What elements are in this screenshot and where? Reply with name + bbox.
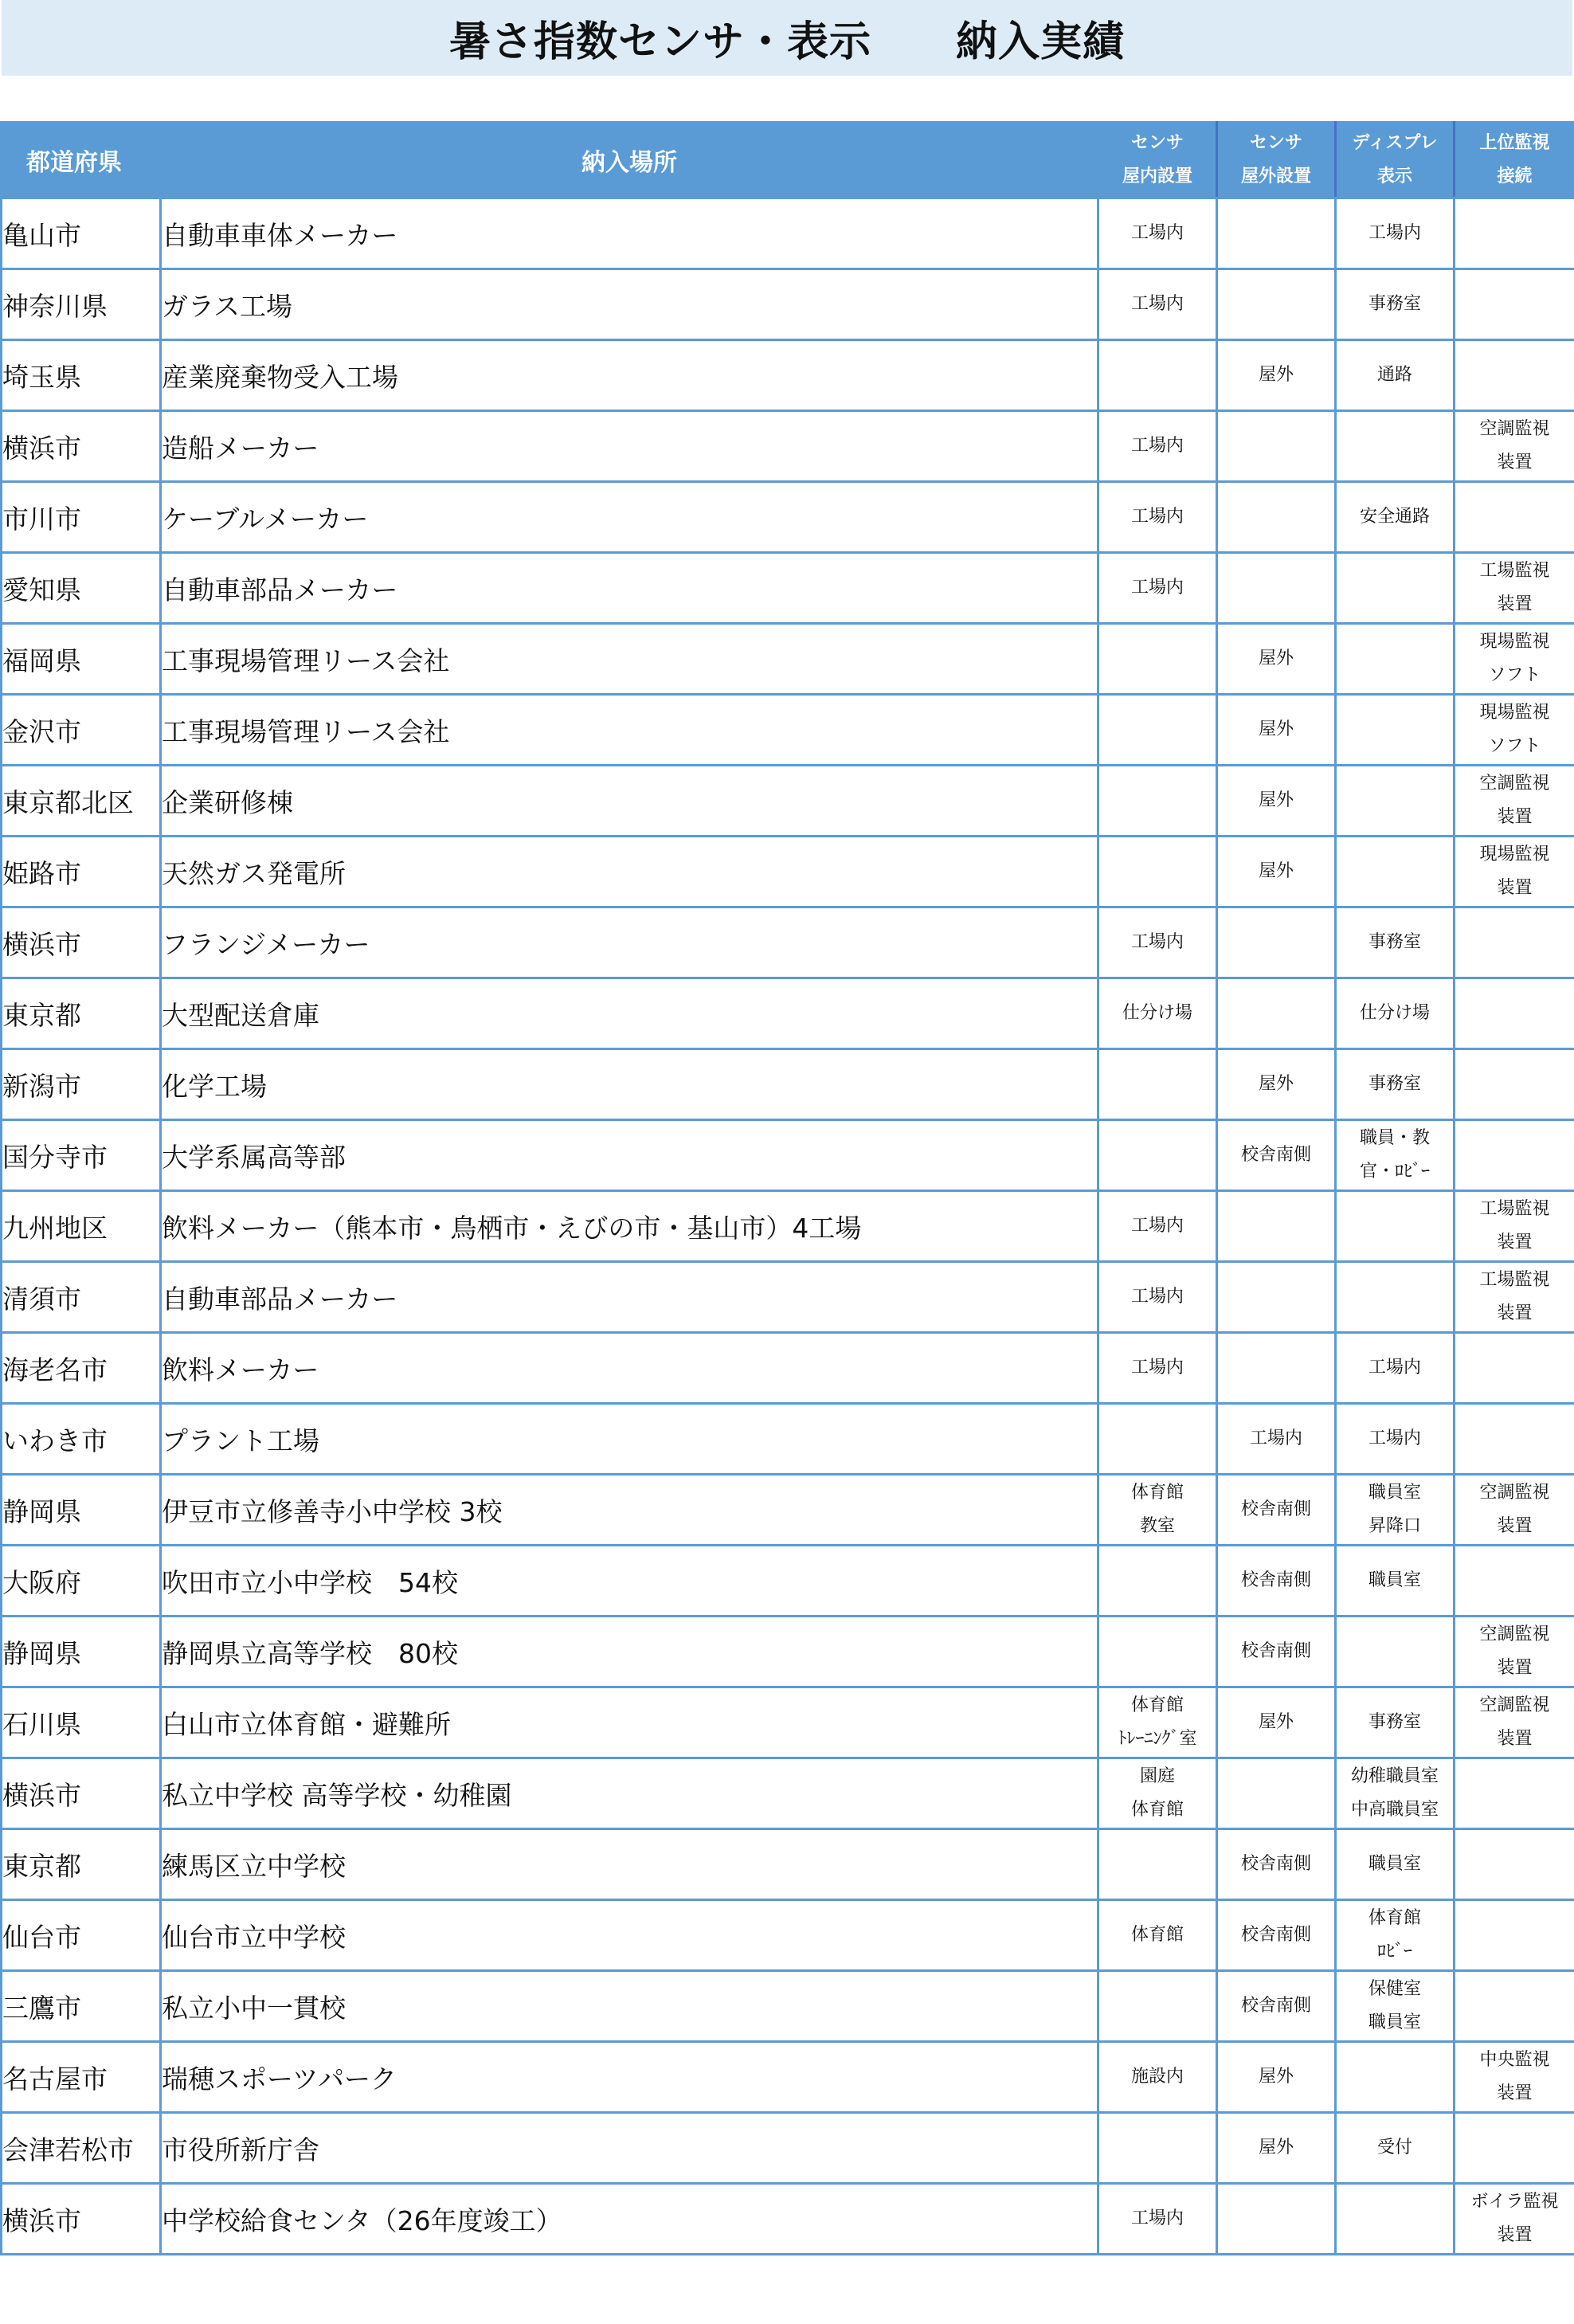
header-place: 納入場所 [161,123,1098,198]
cell-line: 受付 [1337,2131,1453,2165]
cell-sensor-outdoor: 工場内 [1217,1404,1336,1475]
cell-place: 瑞穂スポーツパーク [161,2042,1098,2113]
cell-upper-monitor [1455,269,1574,340]
cell-place: 伊豆市立修善寺小中学校 3校 [161,1475,1098,1546]
cell-line: ボイラ監視 [1455,2185,1574,2219]
cell-sensor-outdoor: 校舎南側 [1217,1971,1336,2042]
cell-upper-monitor [1455,1900,1574,1971]
cell-prefecture: 清須市 [2,1262,161,1333]
cell-line: 工場内 [1099,217,1216,250]
cell-place: 市役所新庁舎 [161,2113,1098,2184]
cell-line: 屋外 [1218,2131,1334,2165]
cell-sensor-indoor [1098,1049,1217,1120]
cell-prefecture: 亀山市 [2,198,161,269]
cell-prefecture: 九州地区 [2,1191,161,1262]
cell-line: 校舎南側 [1218,1564,1334,1597]
cell-sensor-outdoor: 校舎南側 [1217,1120,1336,1191]
table-row: 金沢市工事現場管理リース会社屋外現場監視ソフト [2,695,1574,766]
cell-place: 天然ガス発電所 [161,837,1098,907]
cell-sensor-indoor: 体育館ﾄﾚｰﾆﾝｸﾞ室 [1098,1687,1217,1758]
cell-upper-monitor: 中央監視装置 [1455,2042,1574,2113]
cell-prefecture: 静岡県 [2,1617,161,1687]
table-row: 姫路市天然ガス発電所屋外現場監視装置 [2,837,1574,907]
cell-display: 職員室 [1336,1546,1455,1617]
cell-display: 工場内 [1336,1333,1455,1404]
cell-sensor-indoor: 工場内 [1098,198,1217,269]
table-row: 東京都北区企業研修棟屋外空調監視装置 [2,766,1574,837]
cell-display: 受付 [1336,2113,1455,2184]
cell-prefecture: 東京都 [2,1829,161,1900]
cell-upper-monitor [1455,340,1574,411]
cell-place: 吹田市立小中学校 54校 [161,1546,1098,1617]
cell-upper-monitor: 現場監視装置 [1455,837,1574,907]
cell-display [1336,553,1455,624]
cell-display: 通路 [1336,340,1455,411]
cell-prefecture: 福岡県 [2,624,161,695]
cell-line: 職員室 [1337,1564,1453,1597]
cell-sensor-outdoor [1217,2184,1336,2255]
cell-sensor-outdoor: 屋外 [1217,766,1336,837]
cell-sensor-indoor [1098,1617,1217,1687]
cell-line: 空調監視 [1455,767,1574,801]
cell-display [1336,1617,1455,1687]
cell-place: 中学校給食センタ（26年度竣工） [161,2184,1098,2255]
cell-sensor-indoor [1098,1546,1217,1617]
cell-sensor-outdoor [1217,482,1336,553]
cell-place: 飲料メーカー（熊本市・鳥栖市・えびの市・基山市）4工場 [161,1191,1098,1262]
cell-upper-monitor [1455,1829,1574,1900]
cell-line: 体育館 [1099,1793,1216,1827]
cell-sensor-indoor: 体育館 [1098,1900,1217,1971]
cell-display [1336,766,1455,837]
cell-line: 校舎南側 [1218,1989,1334,2023]
cell-line: 施設内 [1099,2060,1216,2094]
cell-place: 産業廃棄物受入工場 [161,340,1098,411]
cell-line: 屋外 [1218,642,1334,676]
cell-display: 事務室 [1336,1049,1455,1120]
cell-display: 安全通路 [1336,482,1455,553]
cell-line: 装置 [1455,588,1574,621]
cell-place: 飲料メーカー [161,1333,1098,1404]
cell-line: 事務室 [1337,1068,1453,1101]
cell-line: 幼稚職員室 [1337,1760,1453,1793]
cell-place: 私立中学校 高等学校・幼稚園 [161,1758,1098,1829]
cell-sensor-outdoor [1217,198,1336,269]
cell-place: 造船メーカー [161,411,1098,482]
cell-place: ガラス工場 [161,269,1098,340]
cell-line: ソフト [1455,730,1574,763]
cell-line: 工場内 [1337,217,1453,250]
cell-sensor-indoor: 仕分け場 [1098,978,1217,1049]
cell-line: 屋外 [1218,359,1334,392]
cell-line: 工場内 [1099,1209,1216,1243]
cell-line: 空調監視 [1455,1689,1574,1722]
table-row: 会津若松市市役所新庁舎屋外受付 [2,2113,1574,2184]
cell-sensor-indoor: 工場内 [1098,2184,1217,2255]
table-row: 清須市自動車部品メーカー工場内工場監視装置 [2,1262,1574,1333]
header-sensor-indoor: センサ 屋内設置 [1098,123,1217,198]
page-title: 暑さ指数センサ・表示 納入実績 [449,8,1125,68]
table-row: 石川県白山市立体育館・避難所体育館ﾄﾚｰﾆﾝｸﾞ室屋外事務室空調監視装置 [2,1687,1574,1758]
cell-sensor-outdoor [1217,978,1336,1049]
cell-line: 事務室 [1337,288,1453,321]
cell-prefecture: 大阪府 [2,1546,161,1617]
cell-prefecture: 新潟市 [2,1049,161,1120]
cell-line: 昇降口 [1337,1510,1453,1543]
cell-line: 職員室 [1337,2006,1453,2040]
cell-display: 体育館ﾛﾋﾞｰ [1336,1900,1455,1971]
cell-line: ﾛﾋﾞｰ [1337,1935,1453,1969]
cell-sensor-outdoor [1217,1191,1336,1262]
cell-sensor-indoor [1098,695,1217,766]
table-row: 埼玉県産業廃棄物受入工場屋外通路 [2,340,1574,411]
cell-place: 白山市立体育館・避難所 [161,1687,1098,1758]
cell-line: 装置 [1455,446,1574,480]
cell-display [1336,1191,1455,1262]
table-row: 海老名市飲料メーカー工場内工場内 [2,1333,1574,1404]
header-upper-monitor: 上位監視 接続 [1455,123,1574,198]
table-row: 東京都大型配送倉庫仕分け場仕分け場 [2,978,1574,1049]
cell-sensor-outdoor [1217,269,1336,340]
cell-line: 装置 [1455,1652,1574,1685]
cell-line: 校舎南側 [1218,1848,1334,1881]
cell-sensor-indoor: 工場内 [1098,269,1217,340]
table-row: 静岡県伊豆市立修善寺小中学校 3校体育館教室校舎南側職員室昇降口空調監視装置 [2,1475,1574,1546]
cell-sensor-outdoor: 校舎南側 [1217,1900,1336,1971]
cell-prefecture: 国分寺市 [2,1120,161,1191]
cell-line: 工場内 [1099,2202,1216,2236]
cell-sensor-outdoor: 校舎南側 [1217,1617,1336,1687]
cell-line: 工場内 [1099,926,1216,959]
cell-sensor-outdoor: 校舎南側 [1217,1546,1336,1617]
cell-sensor-indoor: 工場内 [1098,482,1217,553]
cell-sensor-outdoor [1217,1758,1336,1829]
cell-line: 空調監視 [1455,1618,1574,1652]
cell-line: 装置 [1455,1722,1574,1756]
cell-display [1336,1262,1455,1333]
cell-line: 事務室 [1337,1706,1453,1739]
cell-sensor-indoor: 工場内 [1098,1191,1217,1262]
cell-line: 工場内 [1099,288,1216,321]
cell-place: 私立小中一貫校 [161,1971,1098,2042]
cell-upper-monitor: 工場監視装置 [1455,1262,1574,1333]
cell-sensor-indoor [1098,2113,1217,2184]
cell-sensor-indoor [1098,1120,1217,1191]
cell-line: 体育館 [1099,1689,1216,1722]
cell-display [1336,624,1455,695]
cell-upper-monitor: 空調監視装置 [1455,766,1574,837]
cell-sensor-indoor: 工場内 [1098,1333,1217,1404]
cell-place: 企業研修棟 [161,766,1098,837]
cell-line: 事務室 [1337,926,1453,959]
cell-prefecture: 東京都北区 [2,766,161,837]
cell-upper-monitor [1455,1546,1574,1617]
cell-place: 化学工場 [161,1049,1098,1120]
cell-sensor-indoor [1098,340,1217,411]
cell-prefecture: 姫路市 [2,837,161,907]
table-row: 三鷹市私立小中一貫校校舎南側保健室職員室 [2,1971,1574,2042]
cell-place: 静岡県立高等学校 80校 [161,1617,1098,1687]
cell-sensor-outdoor: 校舎南側 [1217,1829,1336,1900]
cell-line: 装置 [1455,1226,1574,1260]
cell-line: 中高職員室 [1337,1793,1453,1827]
cell-place: 仙台市立中学校 [161,1900,1098,1971]
cell-display: 事務室 [1336,907,1455,978]
cell-sensor-indoor [1098,766,1217,837]
cell-place: 工事現場管理リース会社 [161,695,1098,766]
cell-prefecture: 静岡県 [2,1475,161,1546]
table-row: 大阪府吹田市立小中学校 54校校舎南側職員室 [2,1546,1574,1617]
cell-display: 職員室 [1336,1829,1455,1900]
cell-line: 屋外 [1218,855,1334,888]
cell-place: 自動車部品メーカー [161,553,1098,624]
cell-line: 安全通路 [1337,500,1453,534]
cell-place: 工事現場管理リース会社 [161,624,1098,695]
cell-prefecture: 海老名市 [2,1333,161,1404]
cell-display: 事務室 [1336,1687,1455,1758]
table-row: 仙台市仙台市立中学校体育館校舎南側体育館ﾛﾋﾞｰ [2,1900,1574,1971]
cell-upper-monitor [1455,1758,1574,1829]
cell-place: 練馬区立中学校 [161,1829,1098,1900]
cell-sensor-outdoor: 屋外 [1217,1687,1336,1758]
cell-prefecture: 名古屋市 [2,2042,161,2113]
cell-sensor-outdoor [1217,907,1336,978]
table-row: 国分寺市大学系属高等部校舎南側職員・教官・ﾛﾋﾞｰ [2,1120,1574,1191]
cell-place: 大学系属高等部 [161,1120,1098,1191]
cell-line: 仕分け場 [1099,997,1216,1030]
cell-prefecture: 仙台市 [2,1900,161,1971]
cell-display [1336,837,1455,907]
cell-sensor-outdoor: 屋外 [1217,837,1336,907]
table-row: 横浜市中学校給食センタ（26年度竣工）工場内ボイラ監視装置 [2,2184,1574,2255]
cell-line: 工場内 [1337,1351,1453,1385]
cell-prefecture: 横浜市 [2,411,161,482]
cell-upper-monitor: 工場監視装置 [1455,553,1574,624]
cell-upper-monitor [1455,2113,1574,2184]
header-prefecture: 都道府県 [2,123,161,198]
cell-upper-monitor: 空調監視装置 [1455,1475,1574,1546]
cell-line: 現場監視 [1455,838,1574,872]
cell-upper-monitor [1455,1971,1574,2042]
cell-upper-monitor: 空調監視装置 [1455,411,1574,482]
cell-line: 現場監視 [1455,696,1574,730]
cell-prefecture: 愛知県 [2,553,161,624]
cell-upper-monitor [1455,1333,1574,1404]
cell-upper-monitor: ボイラ監視装置 [1455,2184,1574,2255]
cell-line: ソフト [1455,659,1574,692]
cell-line: 官・ﾛﾋﾞｰ [1337,1155,1453,1189]
cell-prefecture: 東京都 [2,978,161,1049]
cell-line: 校舎南側 [1218,1635,1334,1668]
table-row: 神奈川県ガラス工場工場内事務室 [2,269,1574,340]
cell-line: 空調監視 [1455,1476,1574,1510]
header-display: ディスプレ 表示 [1336,123,1455,198]
cell-upper-monitor: 現場監視ソフト [1455,695,1574,766]
cell-line: 工場監視 [1455,1264,1574,1297]
cell-line: 職員室 [1337,1848,1453,1881]
cell-sensor-outdoor: 屋外 [1217,1049,1336,1120]
cell-line: 体育館 [1337,1902,1453,1935]
title-band: 暑さ指数センサ・表示 納入実績 [2,0,1572,76]
table-row: 新潟市化学工場屋外事務室 [2,1049,1574,1120]
cell-line: 工場監視 [1455,555,1574,588]
cell-place: 自動車車体メーカー [161,198,1098,269]
cell-line: 工場内 [1099,571,1216,605]
cell-upper-monitor: 工場監視装置 [1455,1191,1574,1262]
table-row: 静岡県静岡県立高等学校 80校校舎南側空調監視装置 [2,1617,1574,1687]
cell-upper-monitor: 空調監視装置 [1455,1687,1574,1758]
cell-place: 大型配送倉庫 [161,978,1098,1049]
cell-display [1336,2184,1455,2255]
cell-line: 屋外 [1218,784,1334,817]
cell-place: 自動車部品メーカー [161,1262,1098,1333]
cell-line: 保健室 [1337,1973,1453,2006]
cell-sensor-indoor: 工場内 [1098,553,1217,624]
table-row: 市川市ケーブルメーカー工場内安全通路 [2,482,1574,553]
cell-prefecture: 三鷹市 [2,1971,161,2042]
cell-line: 教室 [1099,1510,1216,1543]
cell-prefecture: 金沢市 [2,695,161,766]
cell-prefecture: 市川市 [2,482,161,553]
cell-display [1336,695,1455,766]
cell-display: 事務室 [1336,269,1455,340]
cell-prefecture: 埼玉県 [2,340,161,411]
cell-line: 校舎南側 [1218,1918,1334,1952]
cell-prefecture: 横浜市 [2,2184,161,2255]
cell-upper-monitor [1455,482,1574,553]
cell-line: 工場監視 [1455,1193,1574,1226]
cell-prefecture: 神奈川県 [2,269,161,340]
cell-sensor-indoor [1098,1404,1217,1475]
cell-line: 校舎南側 [1218,1493,1334,1526]
cell-line: 工場内 [1099,1351,1216,1385]
cell-line: 職員室 [1337,1476,1453,1510]
table-row: 横浜市フランジメーカー工場内事務室 [2,907,1574,978]
cell-display: 仕分け場 [1336,978,1455,1049]
cell-sensor-indoor: 工場内 [1098,907,1217,978]
cell-upper-monitor: 空調監視装置 [1455,1617,1574,1687]
cell-display: 幼稚職員室中高職員室 [1336,1758,1455,1829]
cell-line: 装置 [1455,1297,1574,1331]
cell-line: 現場監視 [1455,625,1574,659]
cell-line: 体育館 [1099,1476,1216,1510]
cell-sensor-indoor [1098,1829,1217,1900]
cell-display: 職員・教官・ﾛﾋﾞｰ [1336,1120,1455,1191]
cell-line: 屋外 [1218,713,1334,747]
table-row: 愛知県自動車部品メーカー工場内工場監視装置 [2,553,1574,624]
cell-sensor-indoor [1098,1971,1217,2042]
cell-upper-monitor [1455,1120,1574,1191]
cell-sensor-indoor: 園庭体育館 [1098,1758,1217,1829]
cell-line: 屋外 [1218,2060,1334,2094]
cell-line: 装置 [1455,2219,1574,2252]
cell-line: 仕分け場 [1337,997,1453,1030]
cell-line: 体育館 [1099,1918,1216,1952]
cell-place: ケーブルメーカー [161,482,1098,553]
cell-sensor-outdoor: 屋外 [1217,340,1336,411]
cell-line: 中央監視 [1455,2044,1574,2077]
delivery-records-table: 都道府県 納入場所 センサ 屋内設置 センサ 屋外設置 ディスプレ 表示 上位監… [0,121,1574,2255]
cell-line: 工場内 [1099,1280,1216,1314]
cell-line: 園庭 [1099,1760,1216,1793]
cell-prefecture: 会津若松市 [2,2113,161,2184]
cell-upper-monitor [1455,1049,1574,1120]
cell-line: 職員・教 [1337,1122,1453,1155]
cell-sensor-indoor: 施設内 [1098,2042,1217,2113]
cell-prefecture: 横浜市 [2,1758,161,1829]
cell-upper-monitor [1455,978,1574,1049]
cell-line: 屋外 [1218,1068,1334,1101]
cell-sensor-indoor: 工場内 [1098,1262,1217,1333]
cell-line: 装置 [1455,872,1574,905]
cell-sensor-outdoor [1217,411,1336,482]
cell-sensor-outdoor: 屋外 [1217,2113,1336,2184]
cell-prefecture: 石川県 [2,1687,161,1758]
cell-display: 保健室職員室 [1336,1971,1455,2042]
cell-sensor-outdoor [1217,1333,1336,1404]
cell-sensor-outdoor [1217,553,1336,624]
cell-sensor-indoor: 工場内 [1098,411,1217,482]
table-row: 九州地区飲料メーカー（熊本市・鳥栖市・えびの市・基山市）4工場工場内工場監視装置 [2,1191,1574,1262]
cell-display: 工場内 [1336,1404,1455,1475]
cell-prefecture: いわき市 [2,1404,161,1475]
table-row: 東京都練馬区立中学校校舎南側職員室 [2,1829,1574,1900]
cell-sensor-indoor: 体育館教室 [1098,1475,1217,1546]
cell-place: プラント工場 [161,1404,1098,1475]
table-row: いわき市プラント工場工場内工場内 [2,1404,1574,1475]
table-row: 横浜市私立中学校 高等学校・幼稚園園庭体育館幼稚職員室中高職員室 [2,1758,1574,1829]
cell-line: 校舎南側 [1218,1138,1334,1172]
cell-line: 装置 [1455,1510,1574,1543]
cell-prefecture: 横浜市 [2,907,161,978]
cell-line: 工場内 [1337,1422,1453,1456]
cell-upper-monitor [1455,1404,1574,1475]
cell-place: フランジメーカー [161,907,1098,978]
table-row: 福岡県工事現場管理リース会社屋外現場監視ソフト [2,624,1574,695]
cell-line: 通路 [1337,359,1453,392]
cell-line: 装置 [1455,2077,1574,2110]
cell-sensor-outdoor [1217,1262,1336,1333]
table-row: 亀山市自動車車体メーカー工場内工場内 [2,198,1574,269]
cell-line: 空調監視 [1455,413,1574,446]
cell-upper-monitor [1455,907,1574,978]
header-sensor-outdoor: センサ 屋外設置 [1217,123,1336,198]
cell-line: 屋外 [1218,1706,1334,1739]
cell-sensor-outdoor: 屋外 [1217,695,1336,766]
cell-sensor-outdoor: 屋外 [1217,624,1336,695]
table-row: 名古屋市瑞穂スポーツパーク施設内屋外中央監視装置 [2,2042,1574,2113]
cell-sensor-indoor [1098,624,1217,695]
cell-sensor-indoor [1098,837,1217,907]
cell-line: 工場内 [1218,1422,1334,1456]
table-row: 横浜市造船メーカー工場内空調監視装置 [2,411,1574,482]
cell-line: 工場内 [1099,500,1216,534]
cell-display: 職員室昇降口 [1336,1475,1455,1546]
cell-upper-monitor [1455,198,1574,269]
cell-line: 工場内 [1099,429,1216,463]
cell-sensor-outdoor: 校舎南側 [1217,1475,1336,1546]
cell-display [1336,2042,1455,2113]
cell-upper-monitor: 現場監視ソフト [1455,624,1574,695]
cell-display: 工場内 [1336,198,1455,269]
cell-display [1336,411,1455,482]
cell-sensor-outdoor: 屋外 [1217,2042,1336,2113]
cell-line: 装置 [1455,801,1574,834]
header-row: 都道府県 納入場所 センサ 屋内設置 センサ 屋外設置 ディスプレ 表示 上位監… [2,123,1574,198]
table-body: 亀山市自動車車体メーカー工場内工場内神奈川県ガラス工場工場内事務室埼玉県産業廃棄… [2,198,1574,2255]
cell-line: ﾄﾚｰﾆﾝｸﾞ室 [1099,1722,1216,1756]
